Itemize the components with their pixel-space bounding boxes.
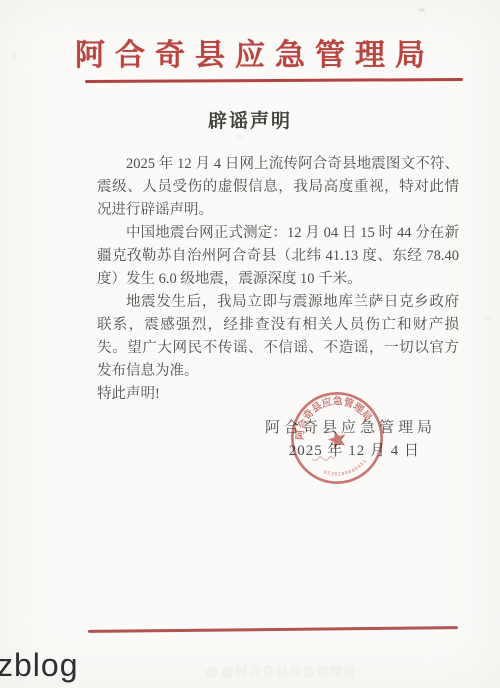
closing-statement: 特此声明! xyxy=(97,383,459,406)
letterhead-agency-name: 阿合奇县应急管理局 xyxy=(0,30,500,74)
signature-date: 2025 年 12 月 4 日 xyxy=(289,439,420,460)
seal-serial-number: 0530200008051 xyxy=(322,457,371,482)
footer-rule xyxy=(88,626,458,632)
body-paragraph-earthquake-facts: 中国地震台网正式测定：12 月 04 日 15 时 44 分在新疆克孜勒苏自治州… xyxy=(97,222,459,291)
weibo-watermark: ◎@阿合奇县应急管理局 xyxy=(206,662,357,680)
body-paragraph-rumor-notice: 2025 年 12 月 4 日网上流传阿合奇县地震图文不符、震级、人员受伤的虚假… xyxy=(97,153,459,222)
weibo-logo-icon: ◎ xyxy=(206,664,218,680)
document-title: 辟谣声明 xyxy=(0,106,500,133)
document-body: 2025 年 12 月 4 日网上流传阿合奇县地震图文不符、震级、人员受伤的虚假… xyxy=(97,153,459,406)
scanned-document-page: 阿合奇县应急管理局 辟谣声明 2025 年 12 月 4 日网上流传阿合奇县地震… xyxy=(0,0,500,688)
weibo-watermark-text: @阿合奇县应急管理局 xyxy=(221,665,356,679)
body-paragraph-verification: 地震发生后，我局立即与震源地库兰萨日克乡政府联系，震感强烈，经排查没有相关人员伤… xyxy=(97,291,459,383)
zblog-watermark: zblog xyxy=(0,649,79,681)
letterhead-rule xyxy=(85,78,463,83)
signature-agency: 阿合奇县应急管理局 xyxy=(265,416,436,437)
svg-text:0530200008051: 0530200008051 xyxy=(322,457,371,482)
